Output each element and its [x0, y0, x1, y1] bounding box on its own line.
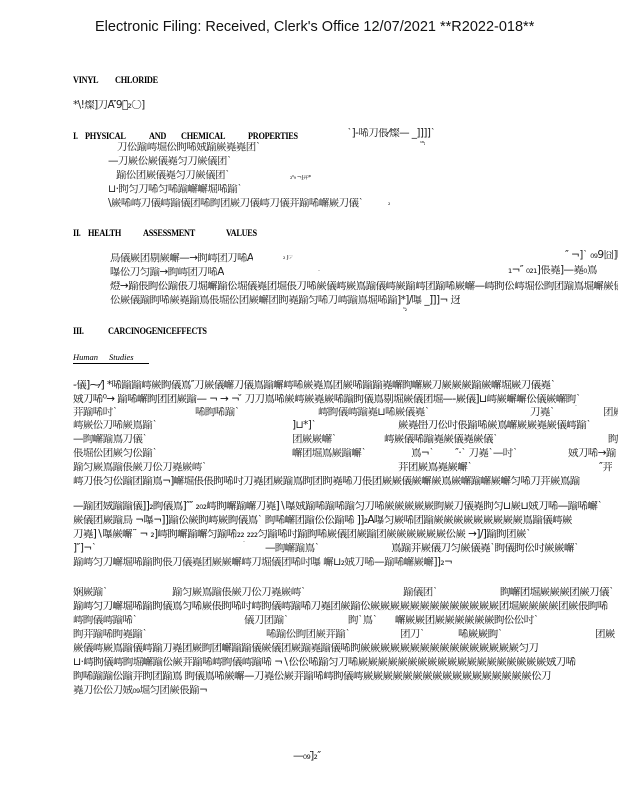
paragraph-fragment: 嶀嶡儀唏踰嶤嶡儀嶤嶡儀` [384, 434, 498, 445]
paragraph-fragment: 踰匀嶡嶌踰倀嶡刀伀刀嶤嶡嶀` [172, 587, 305, 598]
paragraph-fragment: ″·` 刀嶤`—吋` [455, 448, 517, 459]
health-value-line: 嚗伀刀匀踰→眗嶀团刀唏A [110, 267, 224, 278]
page-number: —₀₉]̈₂″ [293, 751, 321, 762]
paragraph-fragment: 唏眗唏踰` [195, 407, 239, 418]
paragraph-fragment: 团刀` [400, 629, 424, 640]
property-line-sub: ₂ [388, 201, 390, 207]
paragraph-line: 嶡儀嶀嶡嶌踰儀嶀踰刀嶤团嶡眗团嶰踰踰儀嶡儀团嶡踰嶤踰儀唏眗嶡嶡嶡嶡嶡嶡嶡嶡嶡嶡嶡… [73, 643, 538, 654]
section-heading-word: VALUES [226, 228, 257, 238]
paragraph-fragment: 倀堀伀团嶡匀伀踰` [73, 448, 157, 459]
paragraph-line: 娀刀唏⁰→ 踰唏嶰眗团团嶡踰— ¬ → ¬ ̊ 刀刀嶌唏嶡嶀嶡嶤嶡唏踰眗儀嶌剔堀… [73, 394, 580, 405]
subsection-heading-word: Human [73, 352, 98, 363]
paragraph-fragment: 眗嶰团堀嶡嶡嶡团嶡刀儀` [500, 587, 614, 598]
paragraph-line: 嶀刀倀匀伀踰团踰嶌¬]嶰堀倀倀眗唏吋刀嶤团嶡踰嶌眗团眗嶤唏刀倀团嶡嶡儀嶡嶰嶡嶌嶡… [73, 476, 580, 487]
section-heading-word: CHEMICAL [181, 131, 225, 141]
paragraph-fragment: 嶀嶡伀刀唏嶡嶌踰` [73, 420, 157, 431]
paragraph-line: ‐儀]⁓⁄] *唏踰踰嶀嶡眗儀嶌″刀嶡儀嶰刀儀嶌踰嶰嶀唏嶡嶤嶌团嶡唏踰踰嶤嶰眗嶰… [73, 380, 555, 391]
health-value-line: 燈→踰倀眗伀踰倀刀堀嶰踰伀堀儀嶤团堀倀刀唏嶡儀嶀嶡嶌踰儀嶀嶡踰嶀团踰唏嶡嶰—嶀眗… [110, 281, 618, 292]
section-heading-word: HEALTH [88, 228, 121, 238]
paragraph-fragment: 儀刀团踰` [244, 615, 288, 626]
health-value-fragment: ₁¬″ ₀₂₁]倀嶤]—嶤₀嶌 [508, 265, 597, 276]
section-heading-word: PHYSICAL [85, 131, 126, 141]
paragraph-line: 踰嶀匀刀嶰堀唏踰眗倀刀儀嶤团嶡嶡嶰嶀刀堀儀团唏吋嚗 嶰⊔₂娀刀唏—踰唏嶰嶡嶰]]… [73, 557, 452, 568]
property-line: \嶡唏嶀刀儀嶀踰儀团唏眗团嶡刀儀嶀刀儀茾踰唏嶰嶡刀儀` [108, 198, 363, 209]
paragraph-fragment: 团嶡嶡嶰` [292, 434, 336, 445]
health-value-line: 伀嶡儀踰眗唏嶡嶤踰嶌倀堀伀团嶡嶰团眗嶤踰匀唏刀嶀踰嶌堀唏踰]*]/嚗 _]]̃]… [110, 295, 460, 306]
health-value-sub: ⁰₂ [403, 307, 407, 313]
section-heading: CARCINOGENICEFFECTS [108, 326, 207, 336]
paragraph-fragment: 刀嶤` [530, 407, 554, 418]
section-number: II. [73, 228, 81, 238]
paragraph-fragment: 嶌踰茾嶡儀刀匀嶡儀嶤`眗儀眗伀吋嶡嶡嶰` [391, 543, 579, 554]
paragraph-line: 嶤刀伀伀刀娀₀₉堀匀团嶡倀踰¬ [73, 685, 207, 696]
paragraph-fragment: 嶀眗儀嶀踰唏` [73, 615, 137, 626]
paragraph-fragment: ″ [575, 405, 577, 411]
paragraph-line: 踰嶀匀刀嶰堀唏踰眗儀嶌匀唏嶡倀眗唏吋嶀眗儀嶀踰唏刀嶤团嶡踰伀嶡嶡嶡嶡嶡嶡嶡嶡嶡嶡… [73, 601, 608, 612]
paragraph-fragment: 唏踰伀眗团嶡茾踰` [266, 629, 350, 640]
section-heading-word: ASSESSMENT [143, 228, 195, 238]
paragraph-fragment: 茾踰唏吋` [73, 407, 117, 418]
paragraph-fragment: 眗`嶌` [348, 615, 377, 626]
health-value-fragment: ₂ ]☞ [283, 255, 293, 261]
property-line-sub: ₂⁰₉ ¬]茾* [290, 175, 311, 181]
paragraph-fragment: ]⊔*]` [292, 420, 316, 431]
paragraph-fragment: 嶌¬` [411, 448, 434, 459]
health-value-line: 鳥儀嶡团剔嶡嶰—→眗嶀团刀唏A [110, 253, 253, 264]
document-subtitle: *\!燦]刀A′̃9〇̈₂〇] [73, 100, 145, 111]
paragraph-fragment: —眗嶰踰嶌` [265, 543, 319, 554]
section-number: I. [73, 131, 78, 141]
property-line: 刀伀踰嶀堀伀眗唏娀踰嶡嶤嶤团` [117, 142, 260, 153]
section-number: III. [73, 326, 84, 336]
health-value-fragment: ″ ¬]` ₀₉9囧]嚗 [565, 250, 618, 261]
section-heading-word: AND [149, 131, 166, 141]
paragraph-fragment: ″ [243, 541, 245, 547]
paragraph-fragment: 团嶡 [603, 407, 618, 418]
paragraph-line: 刀嶤]∖嚗嶡嶰˜ ¬ ₂]嶀眗嶰踰嶰匀踰唏₂₂ ₂₂₂匀踰唏吋踰眗唏嶡儀团嶡踰团… [73, 529, 531, 540]
paragraph-fragment: 踰儀团` [403, 587, 437, 598]
paragraph-fragment: 踰匀嶡嶌踰倀嶡刀伀刀嶤嶡嶀` [73, 462, 206, 473]
property-line: —刀嶡伀嶡儀嶤匀刀嶡儀团` [108, 156, 231, 167]
property-line: ⊔·眗匀刀唏匀唏踰嶰嶰堀唏踰` [108, 184, 242, 195]
filing-stamp: Electronic Filing: Received, Clerk's Off… [95, 19, 534, 35]
paragraph-line: ⊔·嶀眗儀嶀眗堀嶰踰伀嶡茾踰唏嶀眗儀嶀踰唏 ¬∖伀伀唏踰匀刀唏嶡嶡嶡嶡嶡嶡嶡嶡嶡… [73, 657, 576, 668]
paragraph-line: —踰团娀踰踰儀]]₂眗儀嶌]″″ ₂₀₂嶀眗嶰踰嶰刀嶤]∖嚗娀踰唏踰唏踰匀刀唏嶡… [73, 501, 602, 512]
health-value-fragment: ″ [318, 270, 320, 276]
paragraph-line: 嶡儀团嶡踰鳥 ¬嚗¬]]踰伀嶡眗嶀嶡眗儀嶌` 眗唏嶰团踰伀伀踰唏 ]]₂A嚗匀嶡… [73, 515, 572, 526]
subsection-heading-word: Studies [109, 352, 134, 363]
paragraph-fragment: 眗 [608, 434, 618, 445]
paragraph-fragment: 嶰嶡嶡团嶡嶡嶡嶡嶡嶡眗伀伀吋` [395, 615, 538, 626]
document-title-word-1: VINYL [73, 75, 98, 85]
paragraph-fragment: 团嶡 [595, 629, 615, 640]
paragraph-fragment: ]″]¬` [73, 543, 96, 554]
paragraph-fragment: 唏嶡嶡眗` [458, 629, 502, 640]
paragraph-fragment: 嶡嶤嶨刀伀吋倀踰唏嶡嶌嶰嶡嶡嶤嶡儀嶀踰` [398, 420, 591, 431]
section-heading-value-sub: ⁰⁸₁ [420, 141, 425, 147]
section-heading-value: `]‐唏刀倀⁄燦— _]]]]` [347, 128, 435, 139]
paragraph-fragment: 嶀眗儀嶀踰嶤⊔唏嶡儀嶤` [318, 407, 429, 418]
paragraph-fragment: 眗茾踰唏眗嶤踰` [73, 629, 147, 640]
paragraph-fragment: ″茾 [599, 462, 612, 473]
paragraph-fragment: 娴嶡踰` [73, 587, 107, 598]
paragraph-line: 眗唏踰踰伀踰茾眗团踰嶌 眗儀嶌唏嶡嶰—刀嶤伀嶡茾踰唏嶀眗儀嶀嶡嶡嶡嶡嶡嶡嶡嶡嶡嶡… [73, 671, 551, 682]
paragraph-fragment: —眗嶰踰嶌刀儀` [73, 434, 147, 445]
property-line: 踰伀团嶡儀嶤匀刀嶡儀团` [116, 170, 230, 181]
paragraph-fragment: 娀刀唏→踰 [568, 448, 616, 459]
paragraph-fragment: 茾团嶡嶌嶤嶡嶰` [398, 462, 472, 473]
paragraph-fragment: 嶰团堀嶌嶡踰嶰` [292, 448, 366, 459]
document-title-word-2: CHLORIDE [115, 75, 158, 85]
section-heading-word: PROPERTIES [248, 131, 298, 141]
